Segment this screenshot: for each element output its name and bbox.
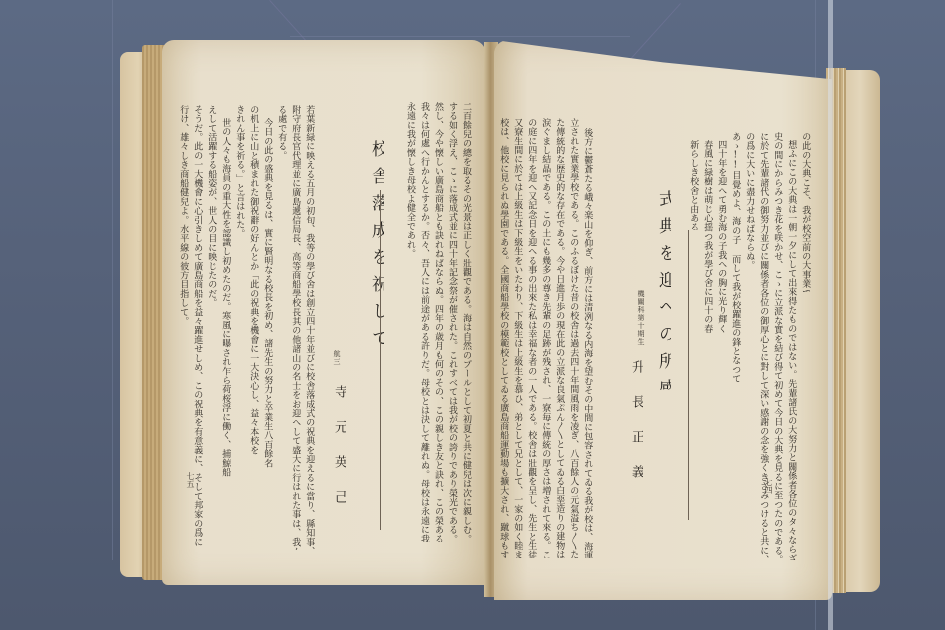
display-case-edge bbox=[112, 0, 113, 560]
body-column: 又寮生間に於ては上級生は下級生をいたわり、下級生は上級生を慕ひ、弟として兄として… bbox=[510, 118, 523, 558]
body-column: 立された實業學校である。このふるぼけた昔の校舎は過去四十年間風雨を凌ぎ、八百餘人… bbox=[566, 118, 579, 558]
continuation-column: 然し、今や懐しい廣島商船とも訣れねばならぬ。四年の歳月も何のその、この親しき友と… bbox=[431, 102, 444, 542]
body-column: の机上に山と積まれた御祝辭の好んとか「此の祝典を機會に一大決心し、益々本校を bbox=[246, 105, 259, 550]
author-name: 寺元英己 bbox=[333, 385, 346, 535]
title-rule bbox=[688, 230, 689, 520]
author-affiliation: 機關科第十期生 bbox=[634, 290, 647, 350]
body-column: る處で有る。 bbox=[274, 105, 287, 550]
body-column: 校は、他校に見られぬ學園である。全國商船學校の模範校としてゐる廣島商船運動場も擴… bbox=[496, 118, 509, 558]
open-book: 二百餘兒の總を取るその光景は正しく壯觀である。海は自然のプールとして初夏と共に健… bbox=[120, 30, 890, 610]
intro-column: あゝ!!目覺めよ、海の子 而して我が校躍進の鋒となつて進め。 bbox=[728, 132, 741, 382]
photo-scene: 二百餘兒の總を取るその光景は正しく壯觀である。海は自然のプールとして初夏と共に健… bbox=[0, 0, 945, 630]
body-column: た傳統的な歴史的な存在である。今や日進月歩の現在此の立派な良氣ぷん〳〵としてゐる… bbox=[552, 118, 565, 558]
page-number: 七五 bbox=[184, 472, 197, 496]
intro-column: 春風に緑樹は萌じ心揺つ我が學び舍に四十の春 bbox=[700, 140, 713, 390]
author-name: 升長正義 bbox=[630, 360, 643, 520]
author-affiliation: 航三 bbox=[330, 350, 343, 380]
intro-column: 新らしき校舍と由ある歴史をば蒔ほぎまつる今日ぞうれしき bbox=[686, 140, 699, 230]
body-column: 後方に鬱蒼たる峨々楽山を仰ぎ、前方には清冽なる内海を望むその中間に包容されてゐる… bbox=[580, 128, 593, 558]
intro-column: 想ふにこの大典は一朝一夕にして出來得たものではない。先輩諸氏の大努力と關係者各位… bbox=[784, 140, 797, 560]
intro-column: の爲に大いに盡力せねばならぬ。 bbox=[742, 132, 755, 332]
body-column: きれん事を祈る。」と言はれた。 bbox=[232, 105, 245, 550]
book-cover-right bbox=[840, 70, 880, 592]
intro-column: 四十年を迎へて勇む海の子我への胸に光り輝く bbox=[714, 140, 727, 390]
continuation-column: 永遠に我が懐しき母校よ健全であれ。 bbox=[403, 102, 416, 542]
display-stand-acrylic bbox=[828, 0, 833, 630]
body-column: 今日の此の盛典を見るは、實に賢明なる校長を初め、諸先生の努力と卒業生八百餘名 bbox=[260, 118, 273, 550]
body-column: 附守府長官代理並に廣島遞信局長、高等商船學校長其の他諸山の名士をお迎へして盛大に… bbox=[288, 105, 301, 550]
continuation-column: 二百餘兒の總を取るその光景は正しく壯觀である。海は自然のプールとして初夏と共に健… bbox=[459, 102, 472, 542]
article-title: 校舎落成を祝して bbox=[371, 140, 384, 380]
page-number: 七四 bbox=[762, 478, 775, 502]
continuation-column: する如く浮え、こゝに落成式並に四十年記念祭が催された。これすべては我が校の誇りで… bbox=[445, 102, 458, 542]
continuation-column: 我々は何處へ行かんとするか。否々、吾人には前途がある許りだ。母校とは決して離れぬ… bbox=[417, 102, 430, 542]
title-rule bbox=[380, 190, 381, 530]
page-edges-left bbox=[142, 45, 164, 580]
right-page: 後方に鬱蒼たる峨々楽山を仰ぎ、前方には清冽なる内海を望むその中間に包容されてゐる… bbox=[494, 40, 832, 600]
body-column: 若葉新緑に映える五月の初旬、我等の學び舍は創立四十年並びに校舎落成式の祝典を迎え… bbox=[302, 105, 315, 550]
article-title: 式典を迎への所感 bbox=[658, 190, 671, 390]
body-column: の庭に四年を迎へ又記念日を迎へる事の出來た私は幸福な者の一人である。校舎は壯觀を… bbox=[524, 118, 537, 558]
intro-column: の此の大典こそ、我が校空前の大事業であろう。 bbox=[798, 132, 811, 292]
body-column: 世の人々も海員の重大性を認識し初めたのだ。寒風に曝され乍ら荷桜浮に働く、捕鯨船 bbox=[218, 118, 231, 550]
body-column: えして活躍する船姿が、世人の目に映じたのだ。 bbox=[204, 105, 217, 550]
left-page: 二百餘兒の總を取るその光景は正しく壯觀である。海は自然のプールとして初夏と共に健… bbox=[162, 40, 486, 585]
body-column: 涙ぐまし結晶である。この土にも幾多の尊き先輩の足跡が残され、一寮毎に傳統の厚さは… bbox=[538, 118, 551, 558]
